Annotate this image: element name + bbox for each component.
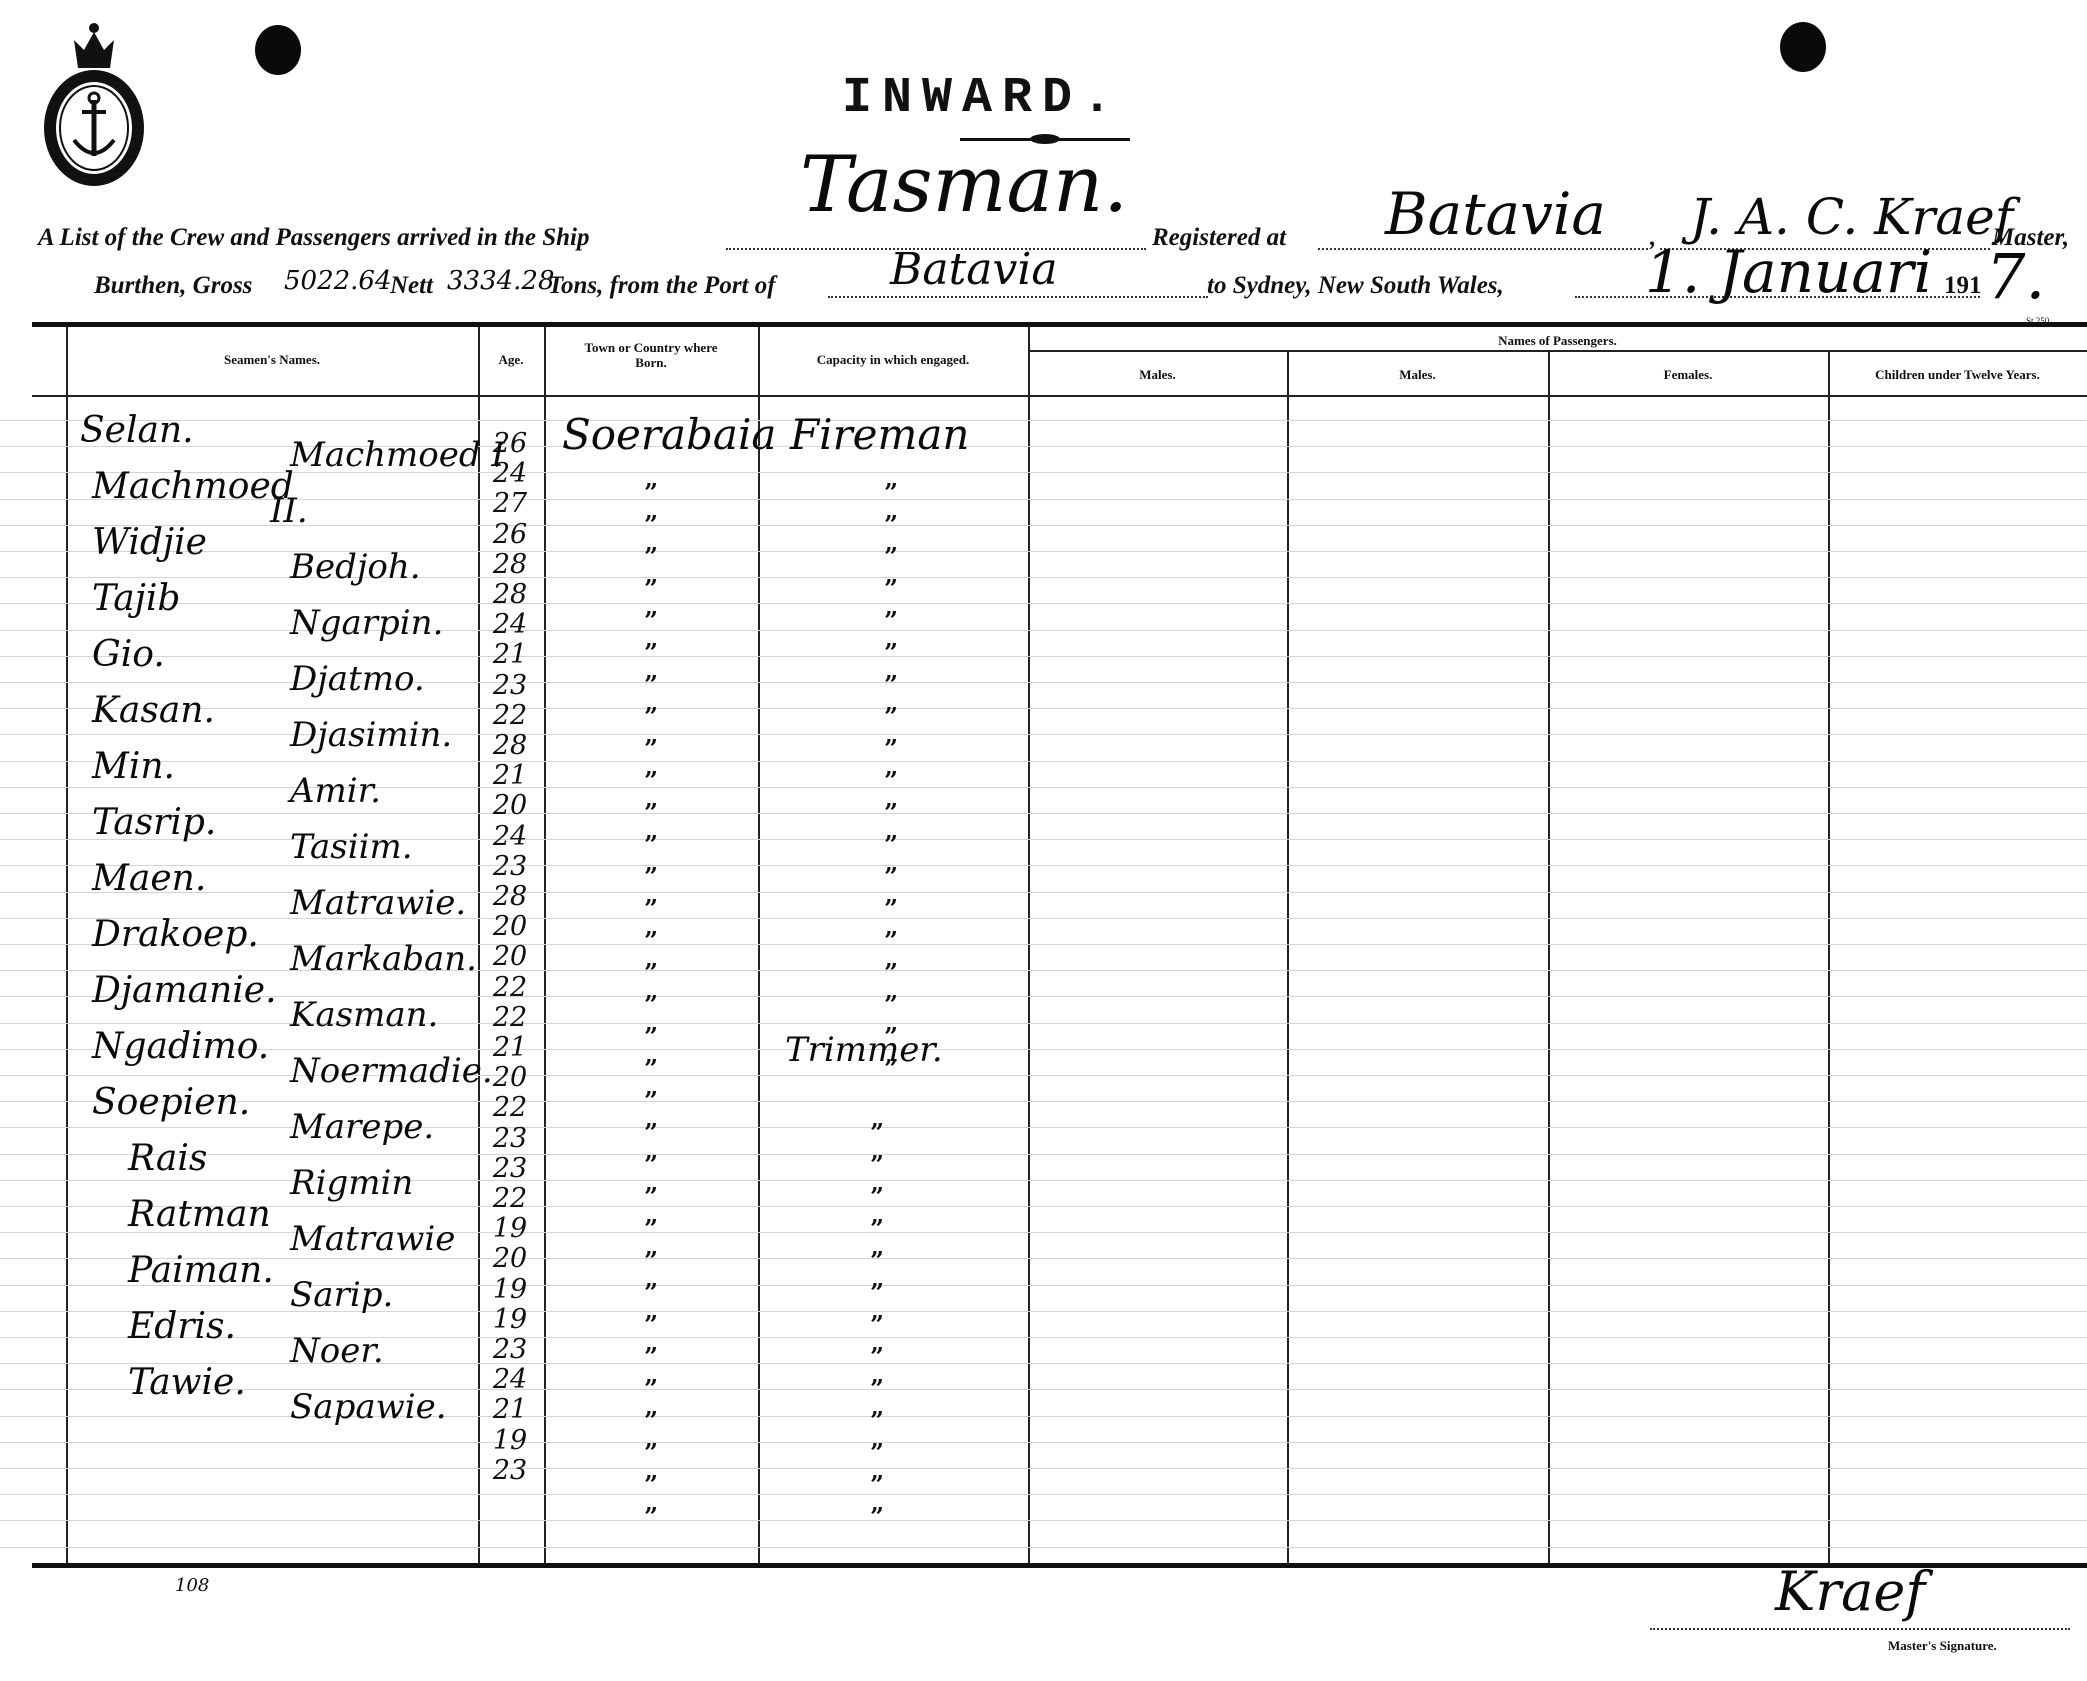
- column-divider: [1028, 327, 1030, 1563]
- seaman-name: Djamanie.: [92, 970, 277, 1011]
- ditto-mark-born: ”: [636, 990, 666, 1019]
- age-value: 19: [480, 1274, 540, 1305]
- year-suffix: 7.: [1986, 240, 2045, 313]
- age-value: 20: [480, 911, 540, 942]
- ruled-line: [0, 761, 2087, 762]
- age-value: 21: [480, 639, 540, 670]
- seaman-name: Marepe.: [290, 1107, 434, 1147]
- capacity-trimmer: Trimmer.: [785, 1030, 943, 1070]
- table-top-rule: [32, 322, 2087, 327]
- ditto-mark-capacity: ”: [876, 606, 906, 635]
- column-divider: [66, 327, 68, 1563]
- age-value: 19: [480, 1425, 540, 1456]
- ditto-mark-capacity: ”: [876, 798, 906, 827]
- age-value: 23: [480, 670, 540, 701]
- seaman-name: Soepien.: [92, 1082, 250, 1123]
- ditto-mark-born: ”: [636, 1502, 666, 1531]
- age-value: 28: [480, 730, 540, 761]
- ditto-mark-born: ”: [636, 670, 666, 699]
- seaman-name: Paiman.: [128, 1250, 274, 1291]
- seaman-name: Drakoep.: [92, 914, 259, 955]
- ditto-mark-capacity: ”: [862, 1118, 892, 1147]
- age-value: 20: [480, 1062, 540, 1093]
- seaman-name: Djatmo.: [290, 659, 425, 699]
- age-value: 19: [480, 1213, 540, 1244]
- ruled-line: [0, 813, 2087, 814]
- age-value: 26: [480, 428, 540, 459]
- ditto-mark-capacity: ”: [876, 958, 906, 987]
- age-value: 22: [480, 972, 540, 1003]
- seaman-name: Rais: [128, 1138, 207, 1179]
- age-value: 22: [480, 700, 540, 731]
- column-divider: [1548, 352, 1550, 1563]
- form-title: INWARD.: [842, 70, 1122, 127]
- ditto-mark-born: ”: [636, 958, 666, 987]
- header-born: Town or Country where Born.: [574, 340, 728, 370]
- ditto-mark-capacity: ”: [862, 1310, 892, 1339]
- ditto-mark-born: ”: [636, 1022, 666, 1051]
- age-value: 21: [480, 760, 540, 791]
- ditto-mark-born: ”: [636, 1438, 666, 1467]
- ditto-mark-capacity: ”: [862, 1406, 892, 1435]
- seaman-name: Kasan.: [92, 690, 215, 731]
- column-divider: [1287, 352, 1289, 1563]
- ditto-mark-capacity: ”: [876, 990, 906, 1019]
- age-value: 23: [480, 1455, 540, 1486]
- ditto-mark-born: ”: [636, 1310, 666, 1339]
- ruled-line: [0, 1468, 2087, 1469]
- ditto-mark-born: ”: [636, 1214, 666, 1243]
- seaman-name: Ngarpin.: [290, 603, 443, 643]
- ditto-mark-capacity: ”: [876, 862, 906, 891]
- seaman-name: Tasrip.: [92, 802, 216, 843]
- punch-hole: [255, 25, 301, 75]
- shipping-master-crest: [38, 18, 150, 188]
- nett-tonnage: 3334.28: [447, 266, 555, 296]
- ruled-line: [0, 1520, 2087, 1521]
- seaman-name: Selan.: [80, 410, 194, 451]
- ditto-mark-capacity: ”: [862, 1374, 892, 1403]
- ditto-mark-capacity: ”: [862, 1182, 892, 1211]
- seaman-name: Gio.: [92, 634, 165, 675]
- age-value: 22: [480, 1002, 540, 1033]
- ruled-line: [0, 1547, 2087, 1548]
- ditto-mark-born: ”: [636, 1086, 666, 1115]
- seaman-name: Noer.: [290, 1331, 384, 1371]
- ditto-mark-capacity: ”: [876, 638, 906, 667]
- column-divider: [758, 327, 760, 1563]
- nett-label: Nett: [390, 272, 433, 300]
- seaman-name: Bedjoh.: [290, 547, 421, 587]
- ruled-line: [0, 525, 2087, 526]
- crew-list-label: A List of the Crew and Passengers arrive…: [38, 224, 589, 252]
- age-value: 24: [480, 1364, 540, 1395]
- age-value: 22: [480, 1092, 540, 1123]
- age-value: 27: [480, 488, 540, 519]
- ruled-line: [0, 420, 2087, 421]
- age-value: 23: [480, 1334, 540, 1365]
- tons-from-label: Tons, from the Port of: [548, 272, 776, 300]
- seaman-name: Djasimin.: [290, 715, 452, 755]
- ruled-line: [0, 1442, 2087, 1443]
- seaman-name: Markaban.: [290, 939, 477, 979]
- header-females: Females.: [1548, 367, 1828, 382]
- age-value: 22: [480, 1183, 540, 1214]
- ditto-mark-capacity: ”: [876, 926, 906, 955]
- column-divider: [544, 327, 546, 1563]
- seaman-name: II.: [270, 491, 308, 531]
- age-value: 24: [480, 821, 540, 852]
- margin-note: 108: [175, 1575, 209, 1596]
- ditto-mark-born: ”: [636, 1054, 666, 1083]
- ditto-mark-born: ”: [636, 478, 666, 507]
- ditto-mark-capacity: ”: [862, 1438, 892, 1467]
- seaman-name: Tajib: [92, 578, 180, 619]
- ditto-mark-capacity: ”: [876, 574, 906, 603]
- age-value: 20: [480, 790, 540, 821]
- ruled-line: [0, 656, 2087, 657]
- gross-tonnage: 5022.64: [284, 266, 392, 296]
- ditto-mark-born: ”: [636, 1278, 666, 1307]
- punch-hole: [1780, 22, 1826, 72]
- ditto-mark-capacity: ”: [876, 670, 906, 699]
- ditto-mark-capacity: ”: [876, 766, 906, 795]
- header-passengers: Names of Passengers.: [1028, 333, 2087, 348]
- ruled-line: [0, 1101, 2087, 1102]
- ditto-mark-capacity: ”: [862, 1150, 892, 1179]
- ditto-mark-born: ”: [636, 1470, 666, 1499]
- ditto-mark-born: ”: [636, 1150, 666, 1179]
- departure-port: Batavia: [890, 244, 1058, 295]
- column-divider: [1828, 352, 1830, 1563]
- ditto-mark-born: ”: [636, 766, 666, 795]
- ditto-mark-born: ”: [636, 542, 666, 571]
- ditto-mark-born: ”: [636, 798, 666, 827]
- passengers-subheader-rule: [1028, 350, 2087, 352]
- ditto-mark-born: ”: [636, 702, 666, 731]
- capacity-fireman: Fireman: [790, 410, 969, 459]
- seaman-name: Widjie: [92, 522, 207, 563]
- seaman-name: Machmoed: [92, 466, 294, 507]
- seaman-name: Tawie.: [128, 1362, 246, 1403]
- ditto-mark-born: ”: [636, 862, 666, 891]
- master-signature: Kraef: [1775, 1560, 1925, 1623]
- age-value: 20: [480, 1243, 540, 1274]
- seaman-name: Matrawie: [290, 1219, 455, 1259]
- ditto-mark-capacity: ”: [876, 542, 906, 571]
- ditto-mark-born: ”: [636, 1182, 666, 1211]
- ditto-mark-born: ”: [636, 606, 666, 635]
- ditto-mark-capacity: ”: [876, 734, 906, 763]
- seaman-name: Maen.: [92, 858, 206, 899]
- ditto-mark-born: ”: [636, 510, 666, 539]
- ditto-mark-born: ”: [636, 1406, 666, 1435]
- ditto-mark-born: ”: [636, 734, 666, 763]
- ditto-mark-capacity: ”: [862, 1342, 892, 1371]
- age-value: 20: [480, 941, 540, 972]
- header-males-1: Males.: [1028, 367, 1287, 382]
- ruled-line: [0, 1049, 2087, 1050]
- age-value: 24: [480, 609, 540, 640]
- age-value: 23: [480, 1123, 540, 1154]
- seaman-name: Ratman: [128, 1194, 271, 1235]
- ditto-mark-capacity: ”: [876, 830, 906, 859]
- age-value: 28: [480, 579, 540, 610]
- ruled-line: [0, 1154, 2087, 1155]
- ship-name: Tasman.: [800, 140, 1128, 230]
- seaman-name: Matrawie.: [290, 883, 466, 923]
- header-bottom-rule: [32, 395, 2087, 397]
- ditto-mark-capacity: ”: [862, 1470, 892, 1499]
- seaman-name: Rigmin: [290, 1163, 413, 1203]
- seaman-name: Noermadie.: [290, 1051, 493, 1091]
- header-children: Children under Twelve Years.: [1828, 367, 2087, 382]
- age-value: 26: [480, 519, 540, 550]
- ditto-mark-born: ”: [636, 638, 666, 667]
- header-capacity: Capacity in which engaged.: [758, 352, 1028, 367]
- registered-port: Batavia: [1385, 180, 1606, 248]
- born-soerabaia: Soerabaia: [562, 410, 776, 459]
- signature-line: [1650, 1628, 2070, 1630]
- age-value: 28: [480, 881, 540, 912]
- age-value: 19: [480, 1304, 540, 1335]
- seaman-name: Tasiim.: [290, 827, 413, 867]
- header-males-2: Males.: [1287, 367, 1548, 382]
- ditto-mark-born: ”: [636, 1374, 666, 1403]
- year-prefix: 191: [1944, 272, 1982, 300]
- registered-label: Registered at: [1152, 224, 1286, 252]
- ditto-mark-born: ”: [636, 1342, 666, 1371]
- ditto-mark-capacity: ”: [862, 1502, 892, 1531]
- ditto-mark-born: ”: [636, 1246, 666, 1275]
- arrival-date: 1. Januari: [1645, 238, 1932, 306]
- seaman-name: Edris.: [128, 1306, 236, 1347]
- age-value: 21: [480, 1394, 540, 1425]
- ditto-mark-capacity: ”: [876, 510, 906, 539]
- age-value: 23: [480, 1153, 540, 1184]
- ditto-mark-born: ”: [636, 830, 666, 859]
- ditto-mark-born: ”: [636, 894, 666, 923]
- header-seamen-names: Seamen's Names.: [66, 352, 478, 367]
- age-value: 28: [480, 549, 540, 580]
- ruled-line: [0, 708, 2087, 709]
- signature-label: Master's Signature.: [1888, 1638, 1997, 1654]
- ditto-mark-born: ”: [636, 926, 666, 955]
- seaman-name: Sapawie.: [290, 1387, 447, 1427]
- seaman-name: Amir.: [290, 771, 381, 811]
- header-age: Age.: [478, 352, 544, 367]
- seaman-name: Min.: [92, 746, 175, 787]
- ditto-mark-capacity: ”: [862, 1214, 892, 1243]
- port-of-field: [828, 296, 1208, 298]
- ditto-mark-born: ”: [636, 574, 666, 603]
- ruled-line: [0, 1494, 2087, 1495]
- burthen-label: Burthen, Gross: [94, 272, 252, 300]
- registered-field: [1318, 248, 1648, 250]
- destination-label: to Sydney, New South Wales,: [1207, 272, 1504, 300]
- ditto-mark-capacity: ”: [862, 1278, 892, 1307]
- age-value: 23: [480, 851, 540, 882]
- ruled-line: [0, 499, 2087, 500]
- ditto-mark-born: ”: [636, 1118, 666, 1147]
- ditto-mark-capacity: ”: [876, 478, 906, 507]
- ditto-mark-capacity: ”: [862, 1246, 892, 1275]
- ruled-line: [0, 1206, 2087, 1207]
- seaman-name: Kasman.: [290, 995, 438, 1035]
- ditto-mark-capacity: ”: [876, 702, 906, 731]
- seaman-name: Sarip.: [290, 1275, 393, 1315]
- ditto-mark-capacity: ”: [876, 894, 906, 923]
- seaman-name: Machmoed I: [290, 435, 505, 475]
- seaman-name: Ngadimo.: [92, 1026, 269, 1067]
- age-value: 21: [480, 1032, 540, 1063]
- age-value: 24: [480, 458, 540, 489]
- crown-anchor-crest-icon: [38, 18, 150, 188]
